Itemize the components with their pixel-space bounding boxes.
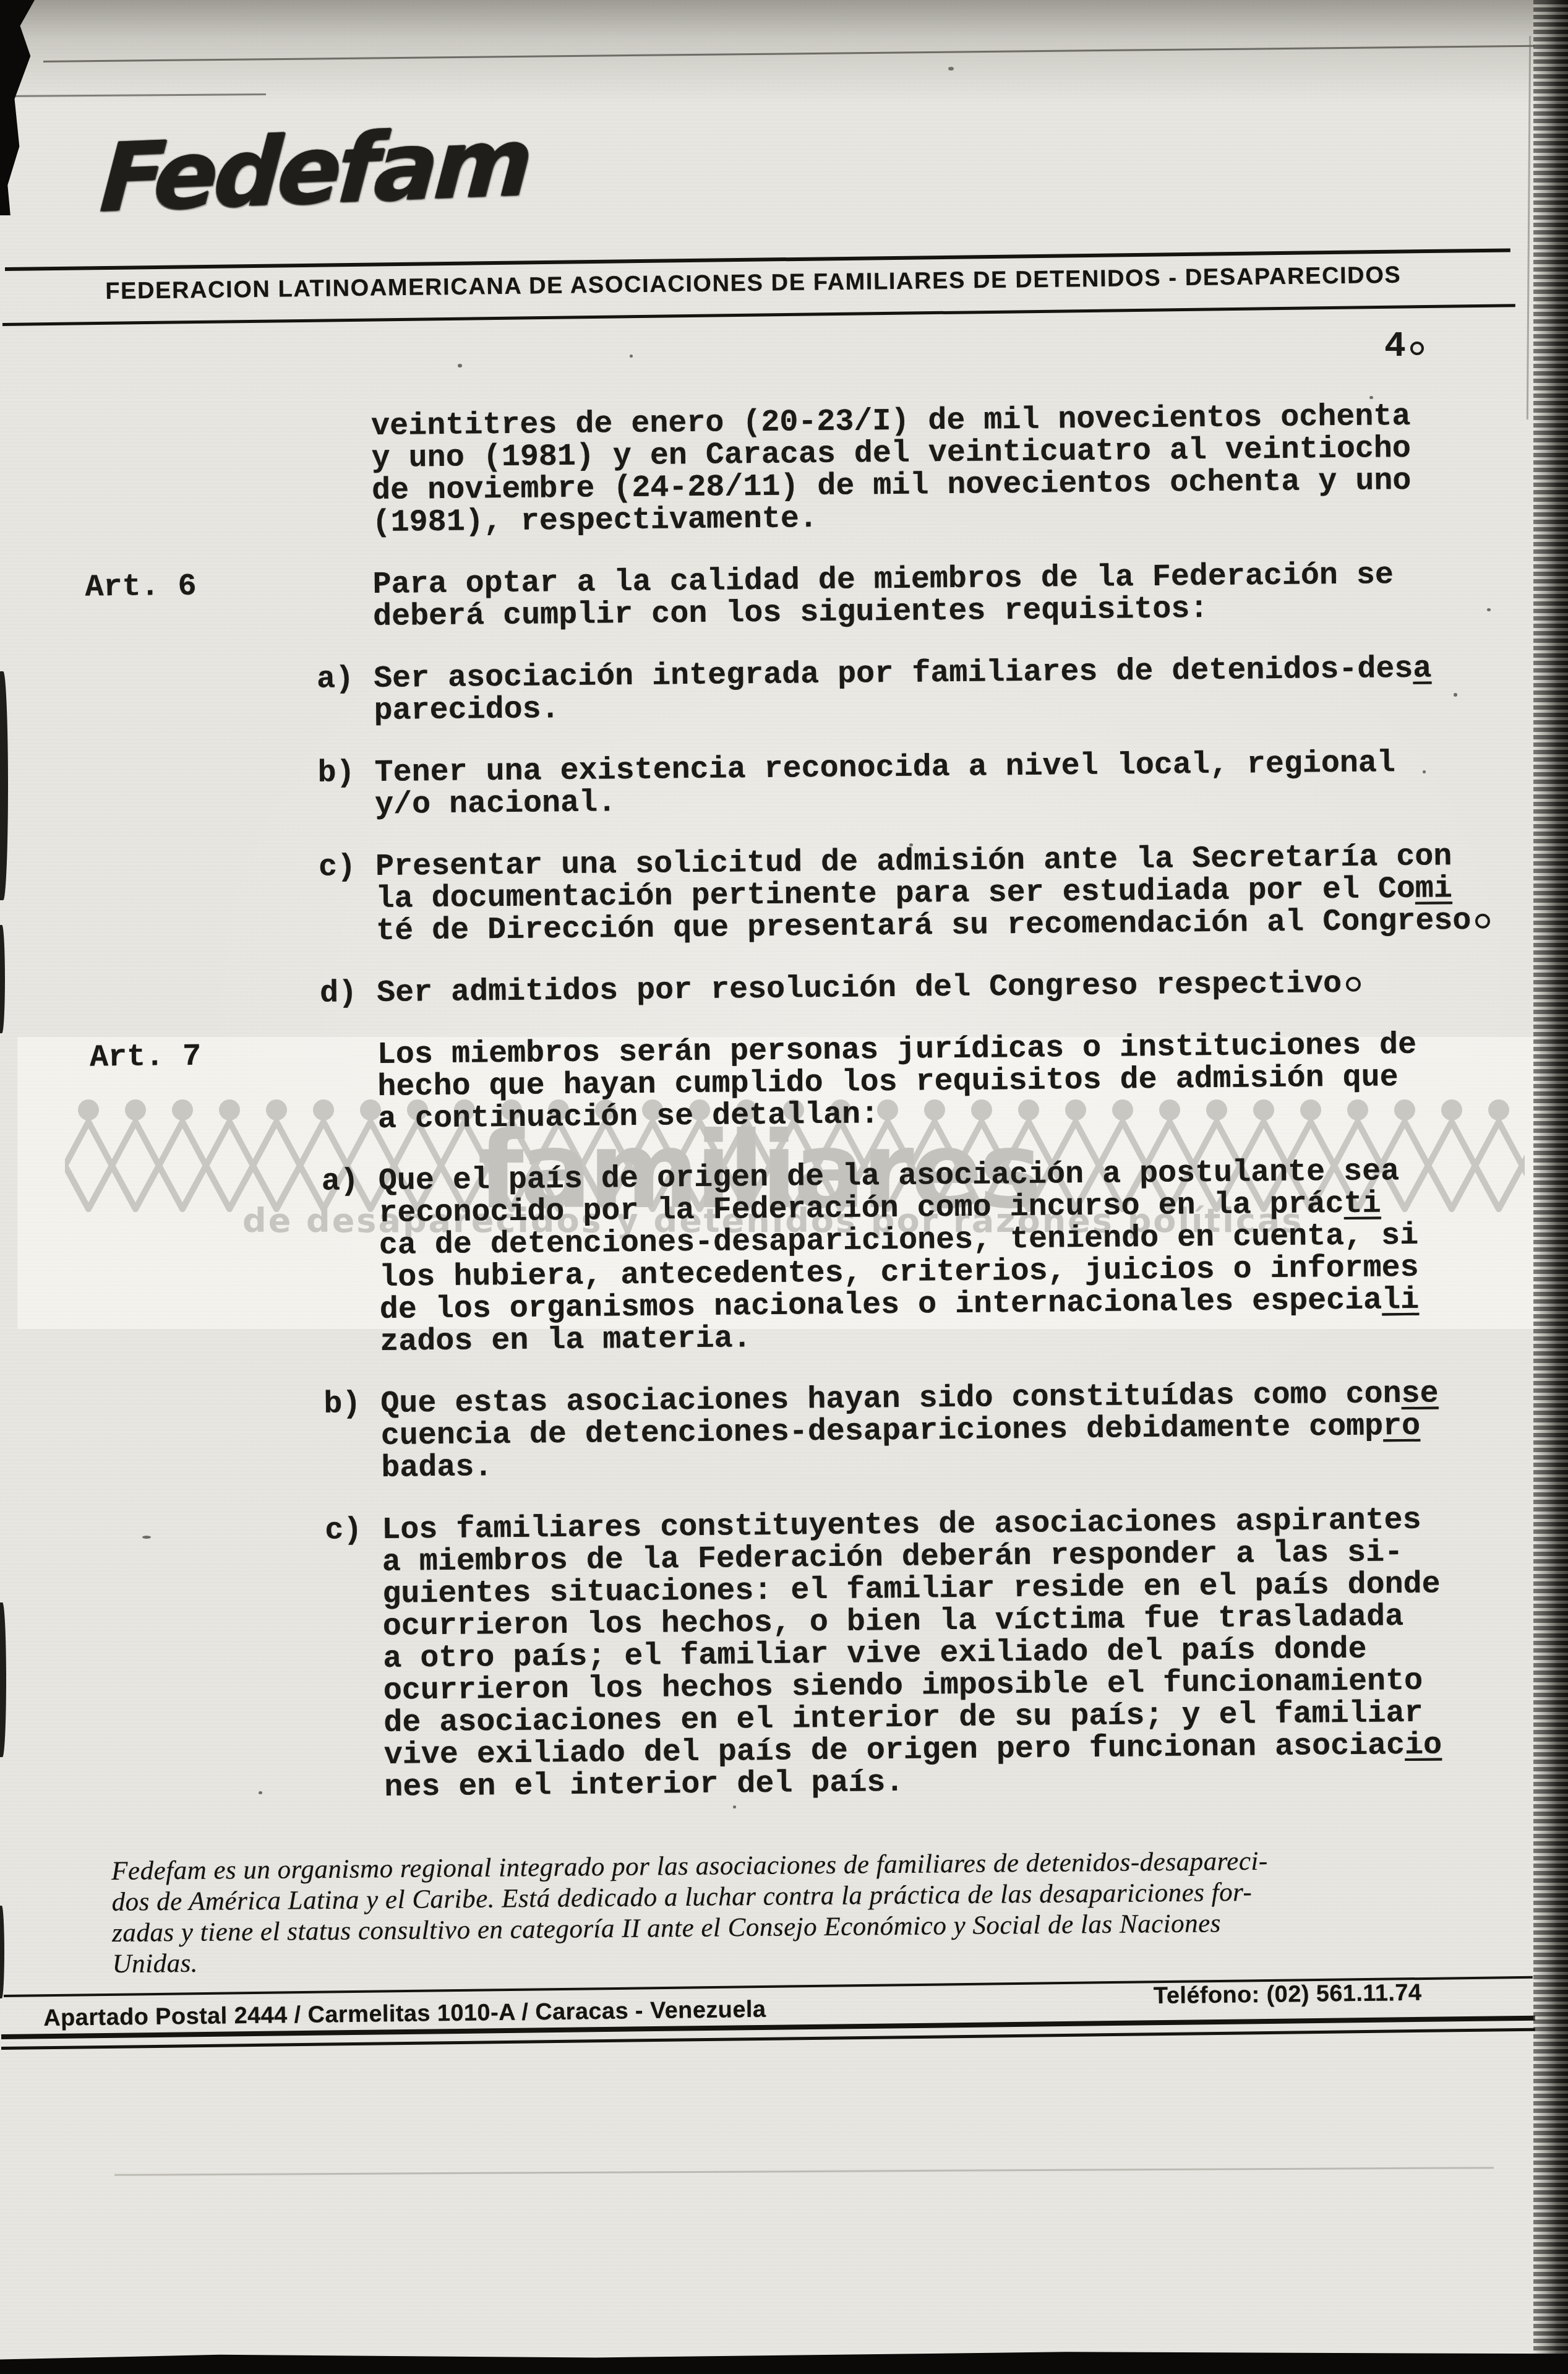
phone-number: Teléfono: (02) 561.11.74 [1154,1979,1422,2011]
scan-speck [948,67,954,71]
typewriter-ring-period [1346,977,1361,992]
underlined-syllable: mi [1415,871,1453,907]
masthead-rule-bottom [2,304,1515,326]
typewriter-ring-period [1410,342,1424,355]
underlined-syllable: ti [1343,1186,1381,1222]
underlined-syllable: io [1405,1727,1442,1763]
underlined-syllable: se [1401,1377,1439,1413]
article-label: Art. 7 [90,1041,202,1075]
item-marker: b) [317,757,355,790]
scan-scratch-line [43,45,1534,62]
scan-speck [733,1805,736,1808]
scan-speck [1423,770,1426,773]
scan-speck [259,1791,262,1794]
scan-speck [630,355,633,358]
typed-text-line: Ser admitidos por resolución del Congres… [377,966,1540,1010]
scan-speck [142,1536,151,1539]
paragraph: Art. 6Para optar a la calidad de miembro… [372,558,1536,634]
footer-address-bar: Apartado Postal 2444 / Carmelitas 1010-A… [43,1987,1528,2005]
scan-crease-right [1527,36,1531,419]
list-item: b)Que estas asociaciones hayan sido cons… [380,1377,1544,1485]
item-marker: b) [323,1388,361,1421]
page-number: 4 [1384,329,1424,365]
item-marker: a) [322,1166,359,1198]
scan-speck [909,843,913,846]
scan-speck [458,364,462,368]
paragraph: veintitres de enero (20-23/I) de mil nov… [371,400,1535,540]
scan-edge-mark-left [0,1602,6,1757]
scan-edge-mark-left [0,1906,4,1998]
underlined-syllable: a [1413,652,1432,687]
scan-streak [114,2167,1494,2176]
scan-speck [1487,608,1491,611]
scanned-document-page: { "header": { "logo": "Fedefam", "org_li… [0,0,1568,2374]
scan-edge-mark-left [0,671,8,900]
list-item: a)Que el país de origen de la asociación… [379,1155,1543,1359]
article-label: Art. 6 [85,571,197,604]
list-item: b)Tener una existencia reconocida a nive… [374,746,1538,822]
scan-smudge-top [0,0,1568,104]
underlined-syllable: ro [1383,1409,1421,1445]
scan-scratch-line-short [0,93,266,97]
item-marker: a) [317,663,354,696]
organization-name-line: FEDERACION LATINOAMERICANA DE ASOCIACION… [105,262,1402,306]
scan-speck [1454,693,1457,697]
scan-speck [1369,396,1373,399]
list-item: c)Presentar una solicitud de admisión an… [375,840,1539,948]
item-marker: c) [325,1515,362,1547]
fedefam-logo: Fedefam [98,114,532,225]
underlined-syllable: li [1382,1283,1420,1318]
scan-torn-corner-top-left [0,0,35,215]
paragraph: Art. 7Los miembros serán personas jurídi… [377,1028,1541,1136]
list-item: c)Los familiares constituyentes de asoci… [382,1503,1547,1804]
typewriter-ring-period [1475,914,1490,929]
item-marker: c) [319,851,356,884]
list-item: d)Ser admitidos por resolución del Congr… [377,966,1540,1010]
typed-document-body: veintitres de enero (20-23/I) de mil nov… [371,400,1548,1804]
item-marker: d) [320,978,358,1010]
list-item: a)Ser asociación integrada por familiare… [374,652,1537,728]
scan-edge-mark-left [0,925,5,1033]
about-fedefam-paragraph: Fedefam es un organismo regional integra… [111,1844,1498,1980]
scan-edge-bottom [0,2350,1568,2374]
